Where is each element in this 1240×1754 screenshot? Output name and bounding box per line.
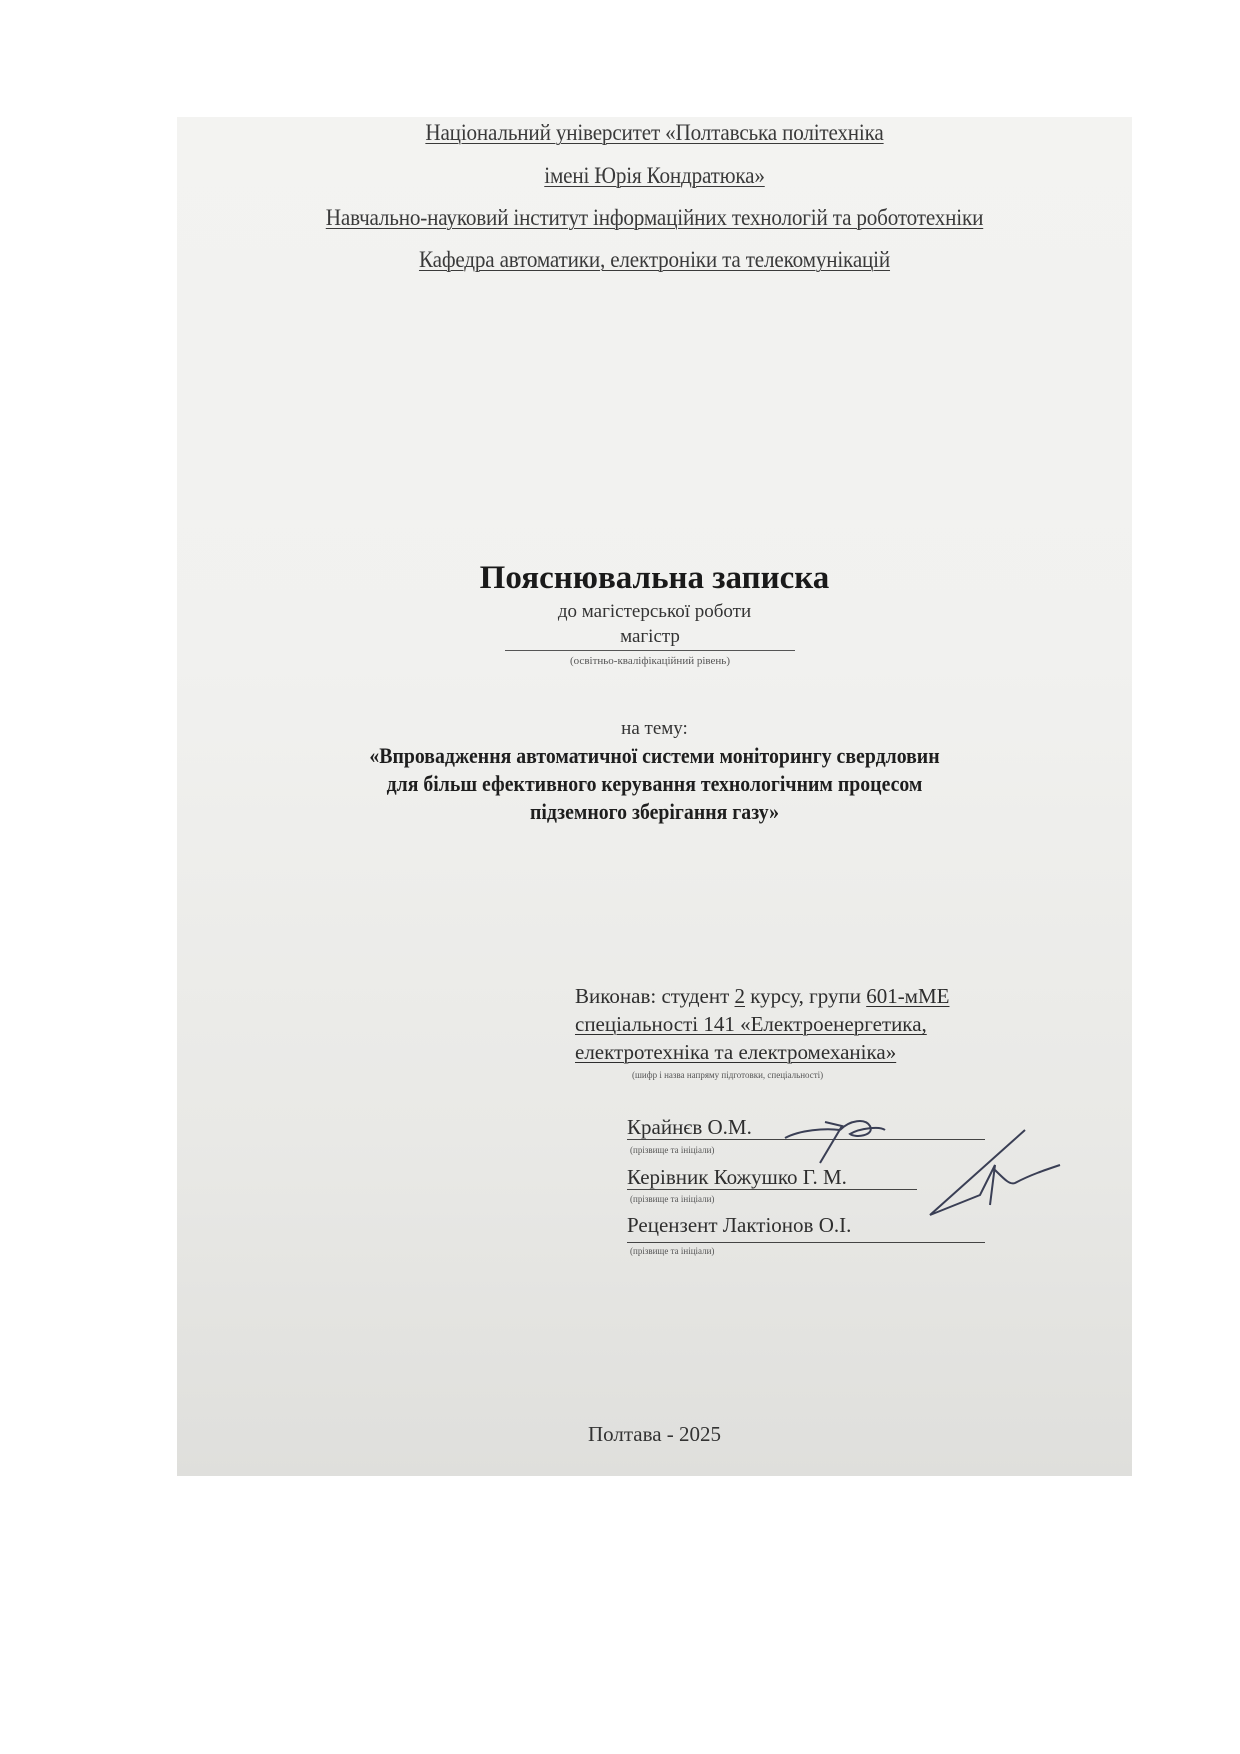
specialty-line-1: спеціальності 141 «Електроенергетика, — [575, 1010, 949, 1038]
performer-block: Виконав: студент 2 курсу, групи 601-мМЕ … — [575, 982, 949, 1066]
signature-supervisor-line — [627, 1189, 917, 1190]
specialty-caption: (шифр і назва напряму підготовки, спеціа… — [632, 1070, 823, 1080]
group-code: 601-мМЕ — [866, 984, 949, 1008]
institute-name: Навчально-науковий інститут інформаційни… — [215, 198, 1094, 240]
supervisor-signature-icon — [920, 1125, 1070, 1220]
theme-line-3: підземного зберігання газу» — [225, 798, 1085, 826]
course-suffix: курсу, групи — [745, 984, 866, 1008]
signature-reviewer-caption: (прізвище та ініціали) — [630, 1246, 714, 1256]
title-block: Пояснювальна записка до магістерської ро… — [177, 558, 1132, 624]
theme-line-1: «Впровадження автоматичної системи моніт… — [225, 742, 1085, 770]
university-header: Національний університет «Полтавська пол… — [177, 118, 1132, 282]
theme-block: на тему: «Впровадження автоматичної сист… — [177, 716, 1132, 826]
performer-line: Виконав: студент 2 курсу, групи 601-мМЕ — [575, 982, 949, 1010]
document-title: Пояснювальна записка — [177, 558, 1132, 598]
qualification-level-field: магістр — [505, 625, 795, 651]
specialty-line-2: електротехніка та електромеханіка» — [575, 1038, 949, 1066]
city-year: Полтава - 2025 — [177, 1422, 1132, 1447]
student-signature-icon — [780, 1108, 890, 1168]
signature-reviewer-name: Рецензент Лактіонов О.І. — [627, 1212, 851, 1238]
performer-prefix: Виконав: студент — [575, 984, 735, 1008]
signature-supervisor-caption: (прізвище та ініціали) — [630, 1194, 714, 1204]
university-name-line2: імені Юрія Кондратюка» — [215, 156, 1094, 198]
university-name-line1: Національний університет «Полтавська пол… — [215, 118, 1094, 156]
course-number: 2 — [735, 984, 746, 1008]
theme-line-2: для більш ефективного керування технолог… — [225, 770, 1085, 798]
qualification-level-caption: (освітньо-кваліфікаційний рівень) — [505, 655, 795, 667]
document-subtitle: до магістерської роботи — [177, 600, 1132, 624]
theme-label: на тему: — [177, 716, 1132, 742]
department-name: Кафедра автоматики, електроніки та телек… — [215, 240, 1094, 282]
signature-student-name: Крайнєв О.М. — [627, 1114, 752, 1140]
signature-reviewer-line — [627, 1242, 985, 1243]
signature-student-caption: (прізвище та ініціали) — [630, 1145, 714, 1155]
qualification-level-value: магістр — [620, 626, 680, 647]
